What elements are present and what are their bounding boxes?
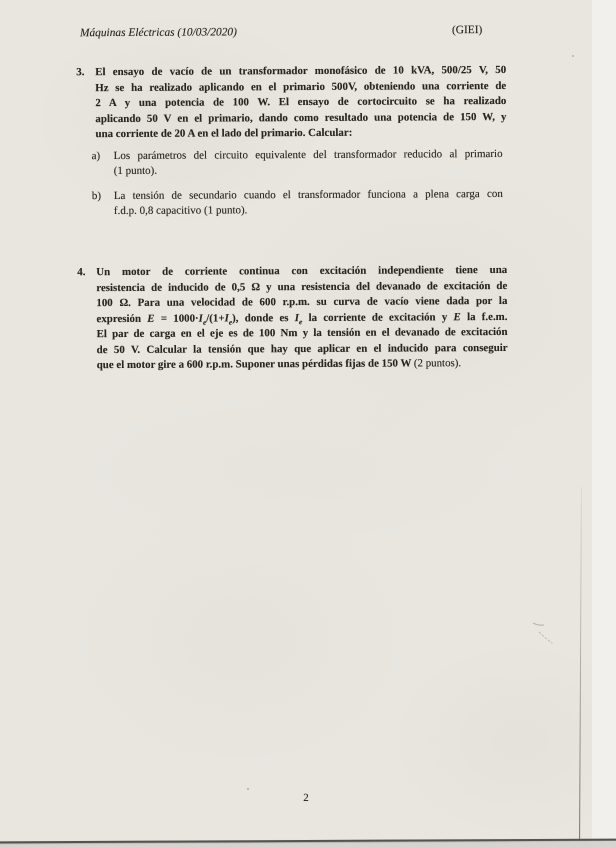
problem-3-line: aplicando 50 V en el primario, dando com…	[95, 109, 506, 127]
problem-4: 4. Un motor de corriente continua con ex…	[77, 263, 508, 374]
problem-3: 3. El ensayo de vacío de un transformado…	[76, 63, 506, 143]
problem-3-line: El ensayo de vacío de un transformador m…	[95, 63, 506, 81]
problem-3-number: 3.	[76, 65, 84, 81]
dust-speck	[572, 55, 574, 57]
formula-text: /(1+	[206, 312, 224, 324]
scanned-exam-page: Máquinas Eléctricas (10/03/2020) (GIEI) …	[0, 0, 616, 848]
item-b-line: f.d.p. 0,8 capacitivo (1 punto).	[114, 202, 503, 219]
item-a-text: Los parámetros del circuito equivalente …	[114, 147, 503, 180]
problem-4-line: 100 Ω. Para una velocidad de 600 r.p.m. …	[96, 294, 507, 312]
problem-3-item-b: b) La tensión de secundario cuando el tr…	[92, 187, 504, 220]
problem-3-line: una corriente de 20 A en el lado del pri…	[95, 125, 506, 143]
item-a-label: a)	[92, 149, 101, 164]
problem-4-line: El par de carga en el eje es de 100 Nm y…	[97, 325, 508, 343]
problem-4-last-line: que el motor gire a 600 r.p.m. Suponer u…	[97, 356, 508, 374]
formula-text: ), donde es	[232, 312, 295, 324]
dust-speck	[247, 788, 249, 790]
problem-4-points-note: (2 puntos).	[414, 357, 461, 369]
formula-text: la corriente de excitación y	[302, 311, 453, 324]
formula-text: la f.e.m.	[461, 310, 508, 322]
header-course-title: Máquinas Eléctricas (10/03/2020)	[80, 26, 237, 39]
problem-4-text: Un motor de corriente continua con excit…	[96, 263, 508, 374]
problem-3-item-a: a) Los parámetros del circuito equivalen…	[92, 147, 504, 180]
problem-3-text: El ensayo de vacío de un transformador m…	[95, 63, 506, 143]
problem-4-line: Un motor de corriente continua con excit…	[96, 263, 507, 281]
formula-text: expresión	[96, 312, 147, 324]
pencil-mark	[528, 616, 560, 650]
item-a-line: Los parámetros del circuito equivalente …	[114, 147, 503, 164]
formula-text: = 1000·	[155, 312, 199, 324]
page-content: Máquinas Eléctricas (10/03/2020) (GIEI) …	[0, 0, 616, 848]
item-b-line: La tensión de secundario cuando el trans…	[114, 187, 503, 204]
problem-4-number: 4.	[77, 265, 85, 281]
item-a-line: (1 punto).	[114, 162, 503, 179]
problem-3-line: 2 A y una potencia de 100 W. El ensayo d…	[95, 94, 506, 112]
problem-4-last-line-bold: que el motor gire a 600 r.p.m. Suponer u…	[97, 357, 414, 371]
item-b-label: b)	[92, 189, 101, 204]
item-b-text: La tensión de secundario cuando el trans…	[114, 187, 503, 220]
header-degree-code: (GIEI)	[452, 24, 482, 36]
page-number: 2	[286, 792, 326, 804]
